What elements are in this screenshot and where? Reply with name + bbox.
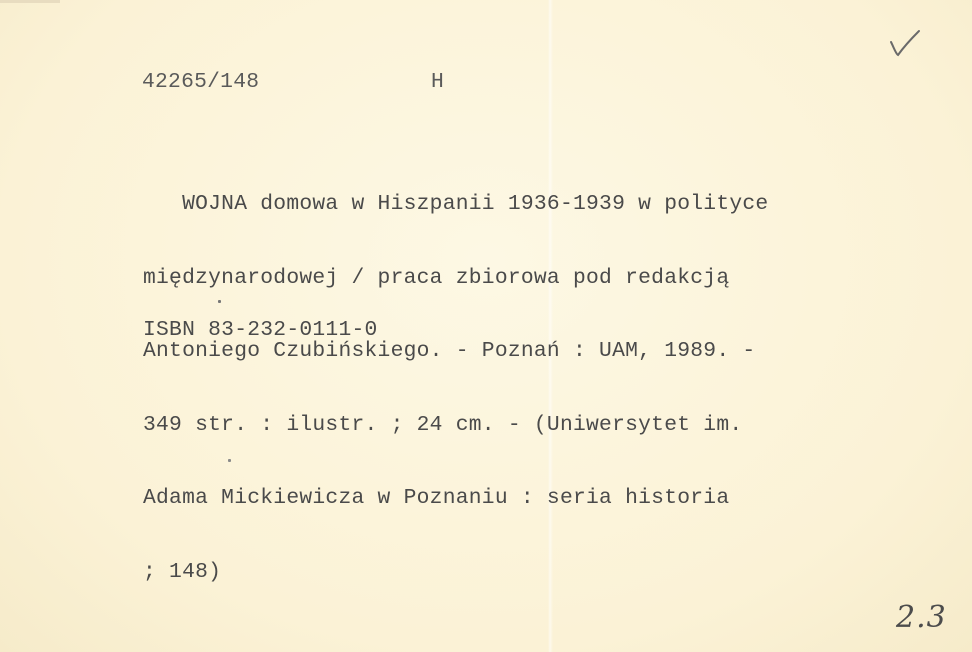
location-mark: H xyxy=(431,70,444,95)
entry-line: międzynarodowej / praca zbiorowa pod red… xyxy=(143,266,768,291)
ink-speck xyxy=(218,300,221,303)
entry-line: WOJNA domowa w Hiszpanii 1936-1939 w pol… xyxy=(143,192,768,217)
entry-line: Adama Mickiewicza w Poznaniu : seria his… xyxy=(143,486,768,511)
bibliographic-entry: WOJNA domowa w Hiszpanii 1936-1939 w pol… xyxy=(143,143,768,633)
card-edge-mark xyxy=(0,0,60,3)
call-number: 42265/148 xyxy=(142,70,259,95)
entry-line: ; 148) xyxy=(143,560,768,585)
catalog-card: 42265/148 H WOJNA domowa w Hiszpanii 193… xyxy=(0,0,972,652)
isbn: ISBN 83-232-0111-0 xyxy=(143,318,378,343)
checkmark-icon xyxy=(888,28,922,58)
entry-line: 349 str. : ilustr. ; 24 cm. - (Uniwersyt… xyxy=(143,413,768,438)
handwritten-note: 2.3 xyxy=(896,600,947,635)
ink-speck xyxy=(228,459,231,462)
entry-line: Antoniego Czubińskiego. - Poznań : UAM, … xyxy=(143,339,768,364)
